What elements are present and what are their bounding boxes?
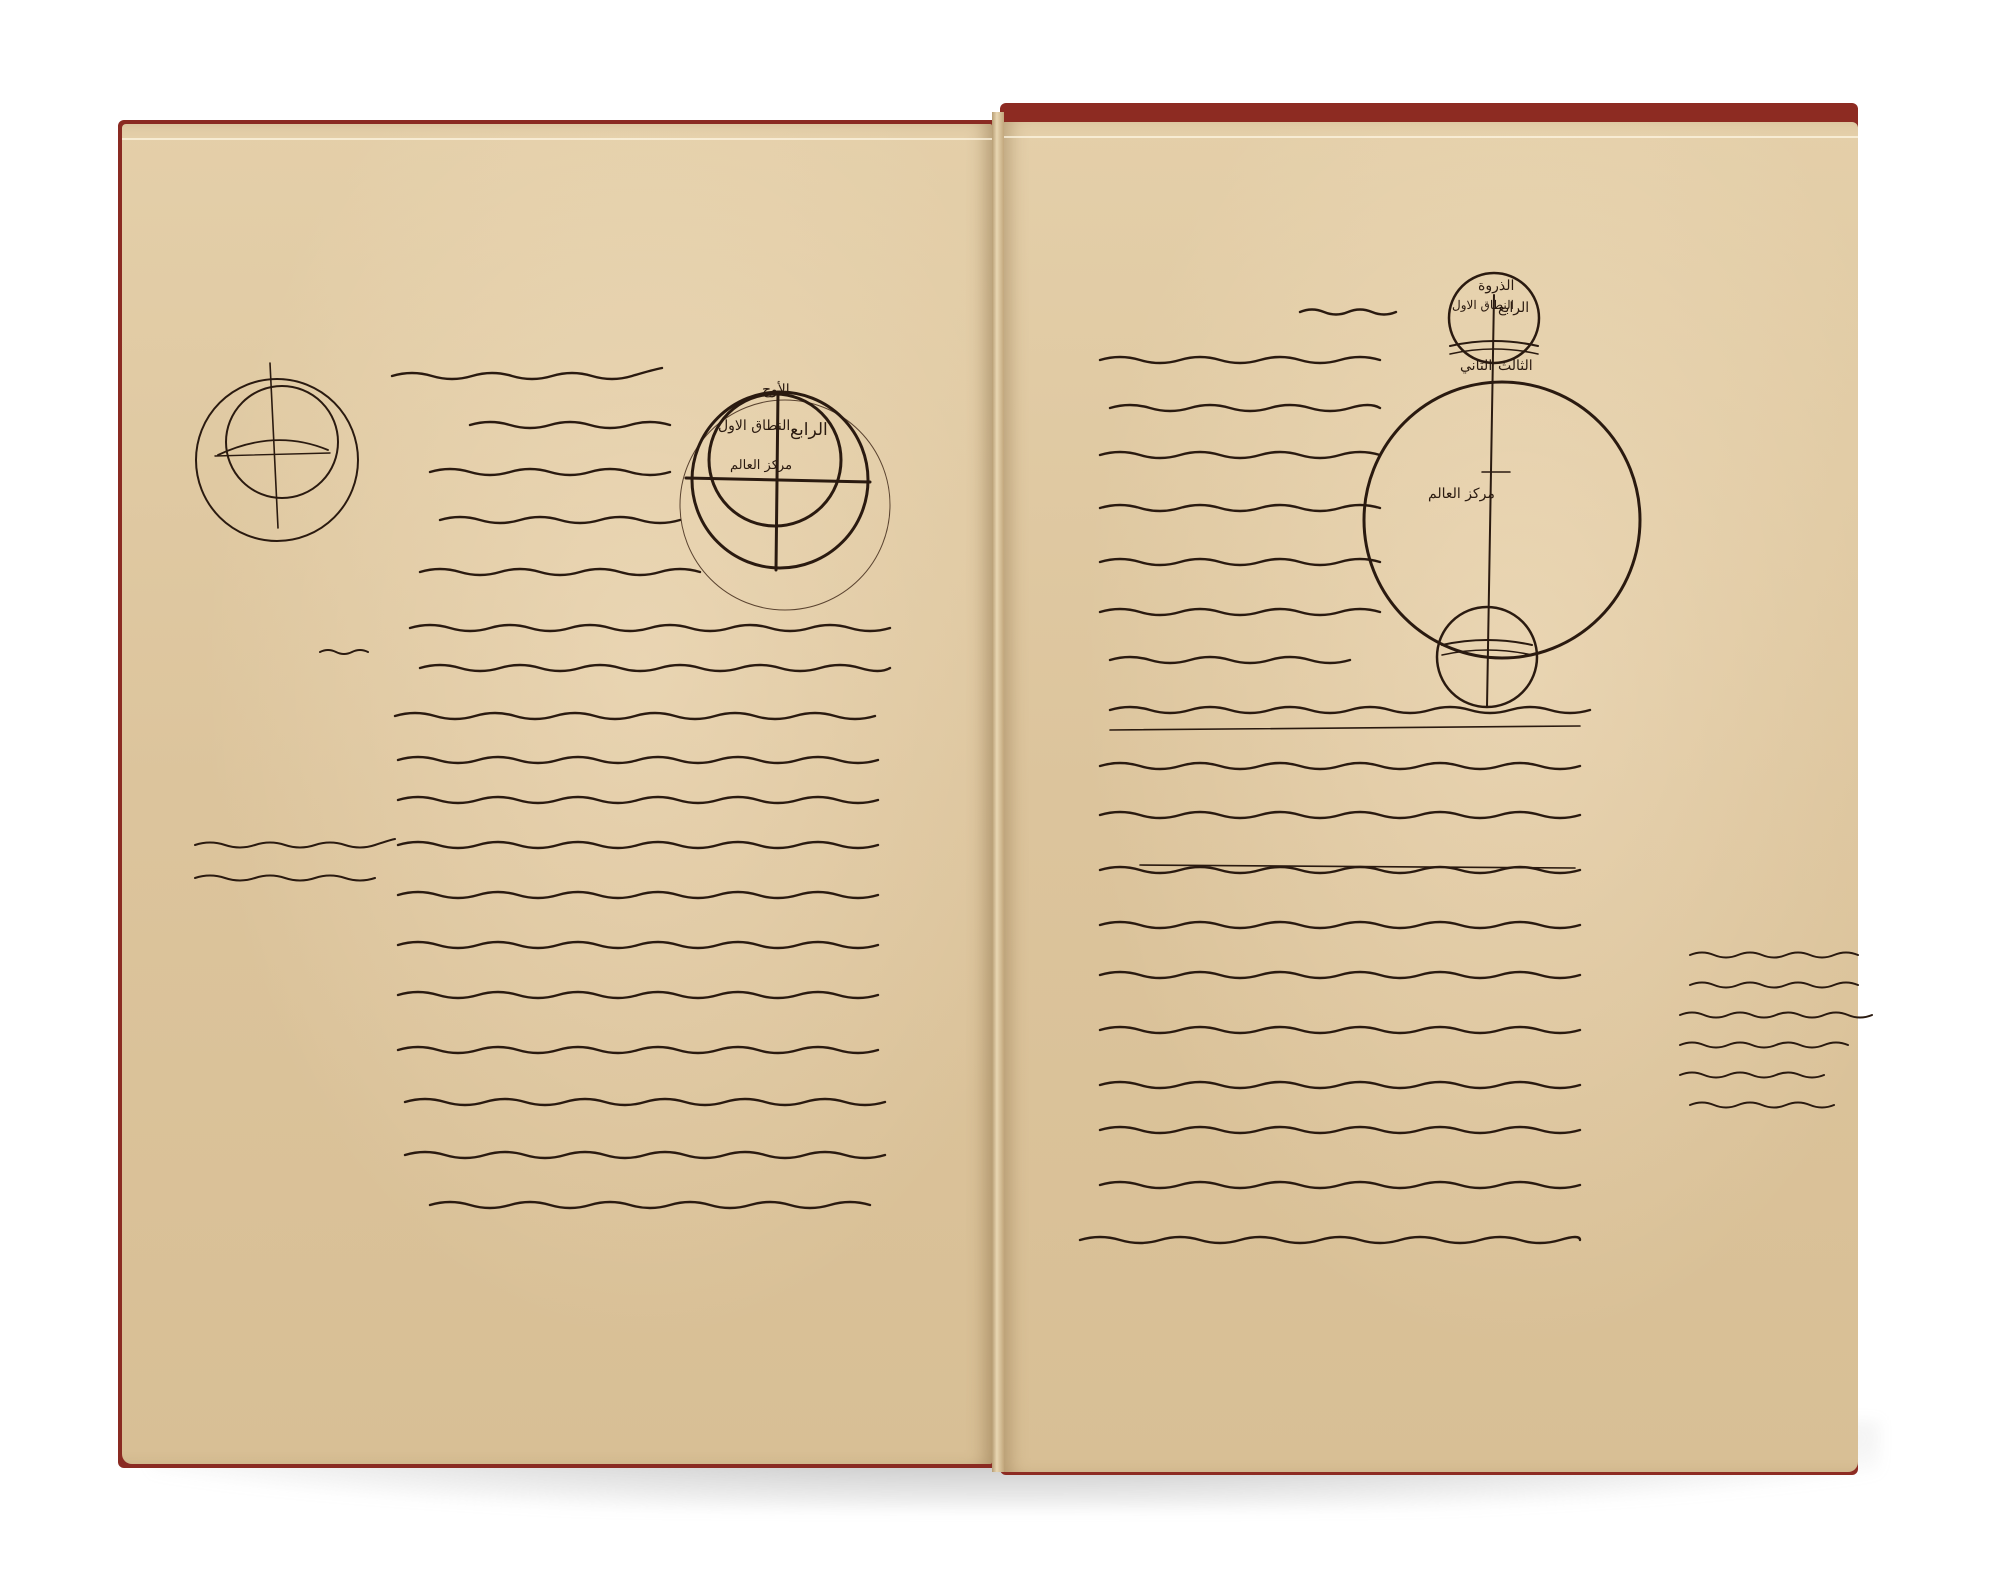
diagram-label-first-band: النطاق الاول xyxy=(718,418,790,434)
diagram-label-summit: الذروة xyxy=(1478,278,1514,294)
diagram-label-world-center-r: مركز العالم xyxy=(1428,486,1495,502)
ink-layer xyxy=(0,0,2000,1576)
right-marginal-note xyxy=(1680,953,1872,1108)
diagram-label-third: الثالث xyxy=(1498,358,1533,374)
left-page-text-lines xyxy=(392,368,890,1208)
diagram-label-second: الثاني xyxy=(1460,358,1492,374)
diagram-label-apogee: الأوج xyxy=(762,382,790,398)
left-marginal-notes xyxy=(195,650,395,881)
diagram-label-fourth: الرابع xyxy=(790,420,828,440)
right-page-text-lines xyxy=(1080,310,1590,1244)
diagram-label-world-center: مركز العالم xyxy=(730,458,792,473)
diagram-label-first-band-r: النطاق الاول xyxy=(1452,298,1514,312)
small-eccentric-circles-diagram xyxy=(196,363,358,541)
manuscript-photo: الأوج الرابع النطاق الاول مركز العالم ال… xyxy=(0,0,2000,1576)
deferent-with-epicycles-diagram xyxy=(1364,273,1640,707)
